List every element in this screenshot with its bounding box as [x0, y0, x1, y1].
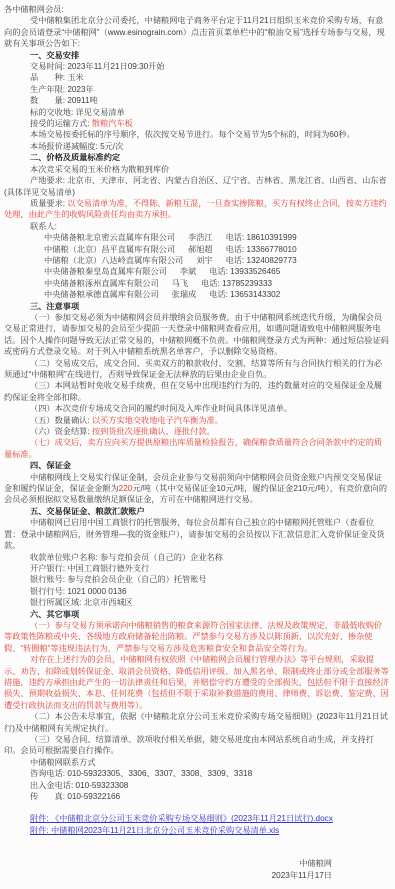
- intro-paragraph: 受中储粮集团北京分公司委托，中储粮网电子商务平台定于11月21日组织玉米竞价采购…: [4, 15, 390, 49]
- section-2-title: 二、价格及质量标准约定: [4, 152, 390, 163]
- phone-label: 电话:: [209, 290, 230, 299]
- attachment-label: 附件:: [30, 826, 51, 835]
- salutation: 各中储粮网会员:: [4, 4, 390, 15]
- contact-company: 中储粮（北京）八达岭直属库有限公司: [44, 256, 183, 265]
- phone-label: 电话:: [226, 256, 247, 265]
- contact-row: 中央储备粮涿州直属库有限公司马飞电话: 13785239333: [44, 278, 390, 289]
- section-3-title: 三、注意事项: [4, 301, 390, 312]
- label: 产地要求:: [30, 176, 67, 185]
- contact-phone: 13785239333: [222, 279, 272, 288]
- attachment-link-rules-docx[interactable]: 附件: 《中储粮北京分公司玉米竞价采购专场交易细则》(2023年11月21日试行…: [4, 813, 390, 824]
- account-name-line: 收款单位账户名称: 参与竞拍会员（自己的）企业名称: [4, 552, 390, 563]
- bank-region-line: 银行所属区域: 北京市西城区: [4, 597, 390, 608]
- label: 银行账号:: [30, 575, 67, 584]
- bank-account-line: 银行账号: 参与竞拍会员企业（自己的）托管账号: [4, 574, 390, 585]
- phone-label: 电话:: [226, 245, 247, 254]
- note-4: （四）本次竞价专场成交合同的履约时间及入库作业时间具体详见清单。: [4, 403, 390, 414]
- other-1: （一）参与交易方须承诺向中储粮销售的粮食来源符合国家法律、法规及政策规定，非最低…: [4, 620, 390, 654]
- fax-line: 传 真: 010-59322166: [4, 791, 390, 802]
- contact-row: 中储粮（北京）昌平直属库有限公司郝旭超电话: 13366778010: [44, 244, 390, 255]
- value-highlight: 以买方实地交收地电子汽车衡为准。: [92, 416, 223, 425]
- value: 参与竞拍会员（自己的）企业名称: [100, 553, 223, 562]
- quality-requirement-line: 质量要求: 以交易清单为准，不得陈、新粮互混，一旦查实掺陈粮，买方有权终止合同，…: [4, 198, 390, 221]
- label: 接受的运输方式:: [30, 119, 92, 128]
- delivery-place-line: 标的交收地: 详见交易清单: [4, 107, 390, 118]
- contact-company: 中央储备粮承德直属库有限公司: [44, 290, 159, 299]
- note-1: （一）参加交易必须为中储粮网会员并缴纳会员服务费。由于中储粮网系统迭代升级，为确…: [4, 312, 390, 358]
- bank-intro-paragraph: 中储粮网已启用中国工商银行的托管服务，每位会员都有自己独立的中储粮网托管账户（查…: [4, 517, 390, 551]
- note-2: （二）交易成交后，成交合同、买卖双方的粮款收付、交割、结算等所有与合同执行相关的…: [4, 358, 390, 381]
- contact-phone: 13240829773: [247, 256, 297, 265]
- note-6: （六）资金结算: 按到货批次逐批确认、逐批付款。: [4, 426, 390, 437]
- announcement-document: 各中储粮网会员: 受中储粮集团北京分公司委托，中储粮网电子商务平台定于11月21…: [0, 0, 395, 889]
- fund-phone-line: 出入金电话: 010-59323308: [4, 780, 390, 791]
- value: 玉米: [67, 73, 83, 82]
- label: 交易时间:: [30, 62, 67, 71]
- contact-phone: 13653143302: [230, 290, 280, 299]
- production-year-line: 生产年限: 2023年: [4, 84, 390, 95]
- contacts-label: 联系人:: [4, 221, 390, 232]
- contact-name: 刘宇: [196, 256, 212, 265]
- note-7: （七）成交后，卖方应向买方提供原粮出库质量检验报告，确保粮食质量符合合同条款中约…: [4, 437, 390, 460]
- value: 010-59323308: [76, 781, 129, 790]
- other-2: （二）本公告未尽事宜，依据《中储粮北京分公司玉米竞价采购专场交易细则》(2023…: [4, 711, 390, 734]
- variety-line: 品 种: 玉米: [4, 72, 390, 83]
- transport-line: 接受的运输方式: 散粮汽车板: [4, 118, 390, 129]
- value: 中国工商银行德外支行: [67, 564, 149, 573]
- label: 生产年限:: [30, 85, 67, 94]
- phone-label: 电话:: [209, 267, 230, 276]
- contact-phone: 13933526465: [230, 267, 280, 276]
- contact-row: 中储粮（北京）八达岭直属库有限公司刘宇电话: 13240829773: [44, 255, 390, 266]
- value: 010-59323305、3306、3307、3308、3309、3318: [67, 769, 252, 778]
- label: 品 种:: [30, 73, 67, 82]
- attachment-link-list-xls[interactable]: 附件: 中储粮网2023年11月21日北京分公司玉米竞价采购交易清单.xls: [4, 825, 390, 836]
- note-3: （三）本网站暂时免收交易手续费，但在交易中出现违约行为的，违约数量对应的交易保证…: [4, 380, 390, 403]
- signature-date: 2023年11月17日: [4, 870, 332, 881]
- label: 质量要求:: [30, 199, 67, 208]
- phone-label: 电话:: [201, 279, 222, 288]
- contact-row: 中央储备粮承德直属库有限公司张瑞成电话: 13653143302: [44, 289, 390, 300]
- label: 数 量:: [30, 96, 67, 105]
- value: 5元/次: [100, 142, 123, 151]
- value: 2023年: [67, 85, 93, 94]
- value: 20911吨: [67, 96, 97, 105]
- bank-number-line: 银行行号: 1021 0000 0136: [4, 586, 390, 597]
- attachment-filename: 《中储粮北京分公司玉米竞价采购专场交易细则》(2023年11月21日试行).do…: [51, 814, 333, 823]
- price-basis-line: 本次竞采交易的玉米价格为散粮到库价: [4, 164, 390, 175]
- other-1-continued: 对存在上述行为的会员，中储粮网有权依照《中储粮网会员履行管理办法》等平台规则，采…: [4, 654, 390, 711]
- label: 传 真:: [30, 792, 67, 801]
- origin-requirement-line: 产地要求: 北京市、天津市、河北省、内蒙古自治区、辽宁省、吉林省、黑龙江省、山西…: [4, 175, 390, 198]
- contact-row: 中央储备粮秦皇岛直属库有限公司李斌电话: 13933526465: [44, 266, 390, 277]
- contact-company: 中央储备粮秦皇岛直属库有限公司: [44, 267, 167, 276]
- label: 银行行号:: [30, 587, 67, 596]
- attachments-block: 附件: 《中储粮北京分公司玉米竞价采购专场交易细则》(2023年11月21日试行…: [4, 813, 390, 836]
- contact-name: 张瑞成: [172, 290, 197, 299]
- value: 1021 0000 0136: [67, 587, 126, 596]
- deposit-paragraph: 中储粮网线上交易实行保证金制，会员企业参与交易前须向中储粮网会员资金账户内预交交…: [4, 472, 390, 506]
- contact-company: 中储粮（北京）昌平直属库有限公司: [44, 245, 175, 254]
- phone-label: 电话:: [226, 233, 247, 242]
- contact-phone: 18610391999: [247, 233, 297, 242]
- section-6-title: 六、其它事项: [4, 609, 390, 620]
- attachment-label: 附件:: [30, 814, 51, 823]
- section-5-title: 五、交易保证金、粮款汇款账户: [4, 506, 390, 517]
- contact-name: 李斌: [180, 267, 196, 276]
- value: 参与竞拍会员企业（自己的）托管账号: [67, 575, 206, 584]
- label: （五）数量确认:: [30, 416, 92, 425]
- value-highlight: 按到货批次逐批确认、逐批付款。: [92, 427, 215, 436]
- trade-time-line: 交易时间: 2023年11月21日09:30开始: [4, 61, 390, 72]
- contact-name: 马飞: [172, 279, 188, 288]
- session-rule-line: 本场交易按委托标的序号顺序，依次按交易节进行。每个交易节为5个标的，时间为60秒…: [4, 129, 390, 140]
- label: 标的交收地:: [30, 108, 76, 117]
- contact-info-title: 中储粮网联系方式: [4, 757, 390, 768]
- signature-org: 中储粮网: [4, 858, 332, 869]
- quantity-line: 数 量: 20911吨: [4, 95, 390, 106]
- value: 北京市西城区: [84, 598, 133, 607]
- value-highlight: 散粮汽车板: [92, 119, 133, 128]
- consult-phone-line: 咨询电话: 010-59323305、3306、3307、3308、3309、3…: [4, 768, 390, 779]
- contact-company: 中央储备粮北京密云直属库有限公司: [44, 233, 175, 242]
- contact-name: 李浩江: [188, 233, 213, 242]
- price-step-line: 本场报价递减幅度: 5元/次: [4, 141, 390, 152]
- label: 本场报价递减幅度:: [30, 142, 100, 151]
- note-5: （五）数量确认: 以买方实地交收地电子汽车衡为准。: [4, 415, 390, 426]
- section-1-title: 一、交易安排: [4, 50, 390, 61]
- contact-phone: 13366778010: [247, 245, 297, 254]
- signature-block: 中储粮网 2023年11月17日: [4, 858, 390, 881]
- contact-name: 郝旭超: [188, 245, 213, 254]
- value: 详见交易清单: [76, 108, 125, 117]
- value: 2023年11月21日09:30开始: [67, 62, 164, 71]
- bank-name-line: 开户银行: 中国工商银行德外支行: [4, 563, 390, 574]
- label: （六）资金结算:: [30, 427, 92, 436]
- label: 开户银行:: [30, 564, 67, 573]
- value: 010-59322166: [67, 792, 120, 801]
- section-4-title: 四、保证金: [4, 460, 390, 471]
- deposit-amount: 220: [119, 484, 133, 493]
- label: 收款单位账户名称:: [30, 553, 100, 562]
- label: 银行所属区域:: [30, 598, 84, 607]
- contact-row: 中央储备粮北京密云直属库有限公司李浩江电话: 18610391999: [44, 232, 390, 243]
- label: 出入金电话:: [30, 781, 76, 790]
- contact-company: 中央储备粮涿州直属库有限公司: [44, 279, 159, 288]
- attachment-filename: 中储粮网2023年11月21日北京分公司玉米竞价采购交易清单.xls: [51, 826, 279, 835]
- other-3: （三）交易合同、结算清单、款项收付相关单据，随交易进度由本网站系统自动生成，并支…: [4, 734, 390, 757]
- label: 咨询电话:: [30, 769, 67, 778]
